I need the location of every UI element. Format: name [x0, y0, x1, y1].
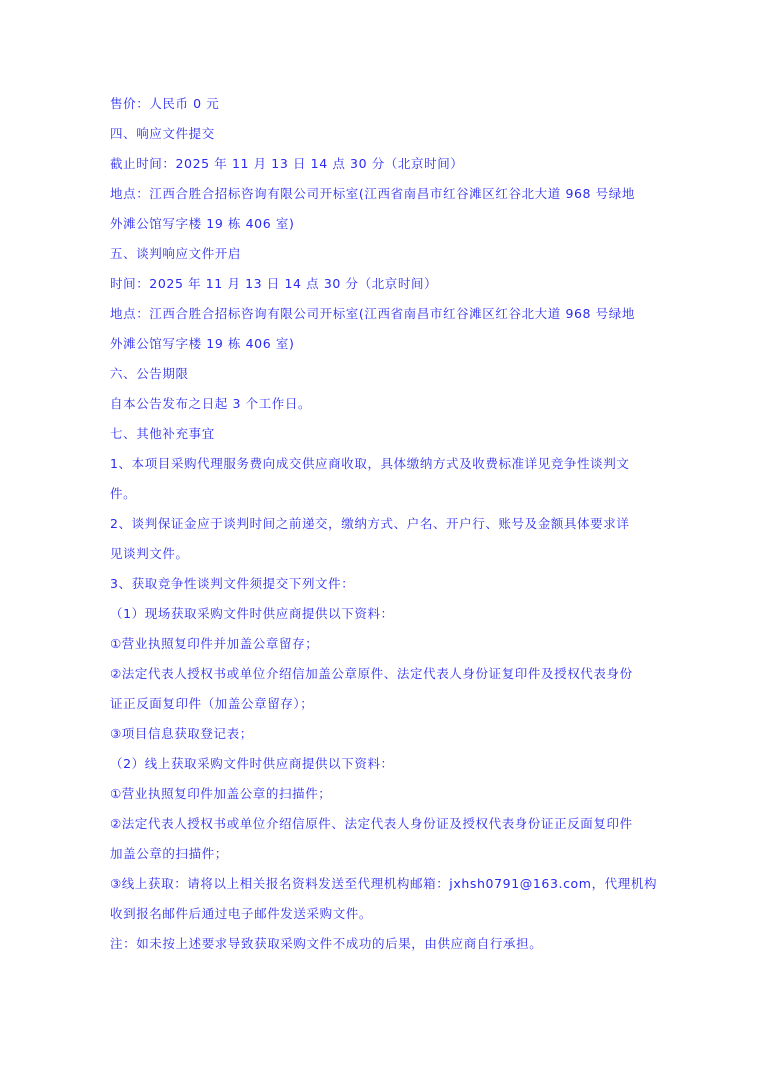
- note-line: 注：如未按上述要求导致获取采购文件不成功的后果，由供应商自行承担。: [110, 933, 650, 963]
- item-1-line-1: 1、本项目采购代理服务费向成交供应商收取，具体缴纳方式及收费标准详见竞争性谈判文: [110, 453, 650, 483]
- submission-location-line-2: 外滩公馆写字楼 19 栋 406 室): [110, 213, 650, 243]
- section-5-heading: 五、谈判响应文件开启: [110, 243, 650, 273]
- deadline-line: 截止时间：2025 年 11 月 13 日 14 点 30 分（北京时间）: [110, 153, 650, 183]
- section-7-heading: 七、其他补充事宜: [110, 423, 650, 453]
- online-heading: （2）线上获取采购文件时供应商提供以下资料：: [110, 753, 650, 783]
- item-2-line-1: 2、谈判保证金应于谈判时间之前递交，缴纳方式、户名、开户行、账号及金额具体要求详: [110, 513, 650, 543]
- online-item-3-line-2: 收到报名邮件后通过电子邮件发送采购文件。: [110, 903, 650, 933]
- item-1-line-2: 件。: [110, 483, 650, 513]
- opening-location-line-2: 外滩公馆写字楼 19 栋 406 室): [110, 333, 650, 363]
- onsite-item-1: ①营业执照复印件并加盖公章留存；: [110, 633, 650, 663]
- onsite-item-3: ③项目信息获取登记表；: [110, 723, 650, 753]
- online-item-2-line-1: ②法定代表人授权书或单位介绍信原件、法定代表人身份证及授权代表身份证正反面复印件: [110, 813, 650, 843]
- online-item-2-line-2: 加盖公章的扫描件；: [110, 843, 650, 873]
- onsite-item-2-line-2: 证正反面复印件（加盖公章留存）；: [110, 693, 650, 723]
- opening-location-line-1: 地点：江西合胜合招标咨询有限公司开标室(江西省南昌市红谷滩区红谷北大道 968 …: [110, 303, 650, 333]
- item-3-heading: 3、获取竞争性谈判文件须提交下列文件：: [110, 573, 650, 603]
- document-page: 售价：人民币 0 元 四、响应文件提交 截止时间：2025 年 11 月 13 …: [110, 93, 650, 963]
- onsite-item-2-line-1: ②法定代表人授权书或单位介绍信加盖公章原件、法定代表人身份证复印件及授权代表身份: [110, 663, 650, 693]
- notice-period-line: 自本公告发布之日起 3 个工作日。: [110, 393, 650, 423]
- price-line: 售价：人民币 0 元: [110, 93, 650, 123]
- section-4-heading: 四、响应文件提交: [110, 123, 650, 153]
- onsite-heading: （1）现场获取采购文件时供应商提供以下资料：: [110, 603, 650, 633]
- item-2-line-2: 见谈判文件。: [110, 543, 650, 573]
- opening-time-line: 时间：2025 年 11 月 13 日 14 点 30 分（北京时间）: [110, 273, 650, 303]
- online-item-1: ①营业执照复印件加盖公章的扫描件；: [110, 783, 650, 813]
- submission-location-line-1: 地点：江西合胜合招标咨询有限公司开标室(江西省南昌市红谷滩区红谷北大道 968 …: [110, 183, 650, 213]
- online-item-3-line-1: ③线上获取：请将以上相关报名资料发送至代理机构邮箱：jxhsh0791@163.…: [110, 873, 650, 903]
- section-6-heading: 六、公告期限: [110, 363, 650, 393]
